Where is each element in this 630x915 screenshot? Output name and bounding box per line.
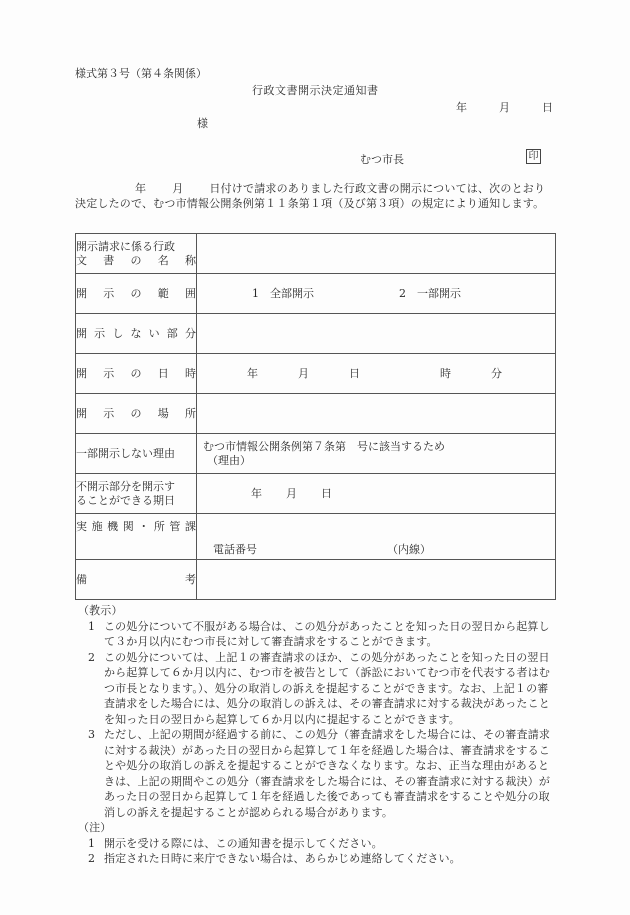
- table-row-undisclosed-part: 開示しない部分: [76, 314, 556, 354]
- label-partial-reason: 一部開示しない理由: [76, 434, 197, 474]
- issue-date-year: 年: [456, 101, 467, 115]
- undisclosed-part-field[interactable]: [197, 314, 556, 354]
- datetime-field[interactable]: 年月日時分: [197, 354, 556, 394]
- label-agency: 実施機関・所管課: [76, 514, 197, 560]
- label-place: 開示の場所: [76, 394, 197, 434]
- option-partial-disclosure[interactable]: 2 一部開示: [399, 287, 461, 301]
- label-remarks: 備考: [76, 560, 197, 600]
- label-datetime: 開示の日時: [76, 354, 197, 394]
- note-item: 1開示を受ける際には、この通知書を提示してください。: [78, 836, 558, 852]
- scope-field: 1 全部開示2 一部開示: [197, 274, 556, 314]
- phone-label: 電話番号: [213, 543, 257, 557]
- document-name-field[interactable]: [197, 234, 556, 274]
- instruction-heading: （教示）: [78, 603, 558, 619]
- table-row-partial-reason: 一部開示しない理由 むつ市情報公開条例第７条第 号に該当するため （理由）: [76, 434, 556, 474]
- issuer-name: むつ市長: [360, 153, 404, 167]
- issue-date: 年月日: [456, 101, 553, 115]
- disclosure-form-table: 開示請求に係る行政 文書の名称 開示の範囲 1 全部開示2 一部開示 開示しない…: [75, 233, 556, 600]
- request-month: 月: [172, 182, 183, 195]
- table-row-agency: 実施機関・所管課 電話番号（内線）: [76, 514, 556, 560]
- notes-section: （教示） 1この処分について不服がある場合は、この処分があったことを知った日の翌…: [78, 603, 558, 867]
- agency-field[interactable]: 電話番号（内線）: [197, 514, 556, 560]
- instruction-item: 1この処分について不服がある場合は、この処分があったことを知った日の翌日から起算…: [78, 619, 558, 650]
- table-row-remarks: 備考: [76, 560, 556, 600]
- note-heading: （注）: [78, 820, 558, 836]
- partial-reason-field[interactable]: むつ市情報公開条例第７条第 号に該当するため （理由）: [197, 434, 556, 474]
- table-row-document-name: 開示請求に係る行政 文書の名称: [76, 234, 556, 274]
- option-full-disclosure[interactable]: 1 全部開示: [252, 287, 314, 301]
- table-row-place: 開示の場所: [76, 394, 556, 434]
- seal-mark: 印: [526, 149, 541, 164]
- form-number: 様式第３号（第４条関係）: [75, 67, 207, 81]
- instruction-item: 2この処分については、上記１の審査請求のほか、この処分があったことを知った日の翌…: [78, 650, 558, 728]
- label-disclosure-date: 不開示部分を開示す ることができる期日: [76, 474, 197, 514]
- disclosure-date-field[interactable]: 年月日: [197, 474, 556, 514]
- extension-label: （内線）: [387, 543, 431, 557]
- place-field[interactable]: [197, 394, 556, 434]
- label-document-name: 開示請求に係る行政 文書の名称: [76, 234, 197, 274]
- issue-date-day: 日: [542, 101, 553, 115]
- document-title: 行政文書開示決定通知書: [252, 84, 379, 98]
- instruction-item: 3ただし、上記の期間が経過する前に、この処分（審査請求をした場合には、その審査請…: [78, 727, 558, 820]
- notification-body: 年月日付けで請求のありました行政文書の開示については、次のとおり決定したので、む…: [75, 181, 555, 211]
- label-scope: 開示の範囲: [76, 274, 197, 314]
- table-row-disclosure-date: 不開示部分を開示す ることができる期日 年月日: [76, 474, 556, 514]
- request-year: 年: [135, 182, 146, 195]
- table-row-datetime: 開示の日時 年月日時分: [76, 354, 556, 394]
- table-row-scope: 開示の範囲 1 全部開示2 一部開示: [76, 274, 556, 314]
- note-item: 2指定された日時に来庁できない場合は、あらかじめ連絡してください。: [78, 851, 558, 867]
- issue-date-month: 月: [499, 101, 510, 115]
- addressee-suffix: 様: [197, 117, 208, 131]
- label-undisclosed-part: 開示しない部分: [76, 314, 197, 354]
- remarks-field[interactable]: [197, 560, 556, 600]
